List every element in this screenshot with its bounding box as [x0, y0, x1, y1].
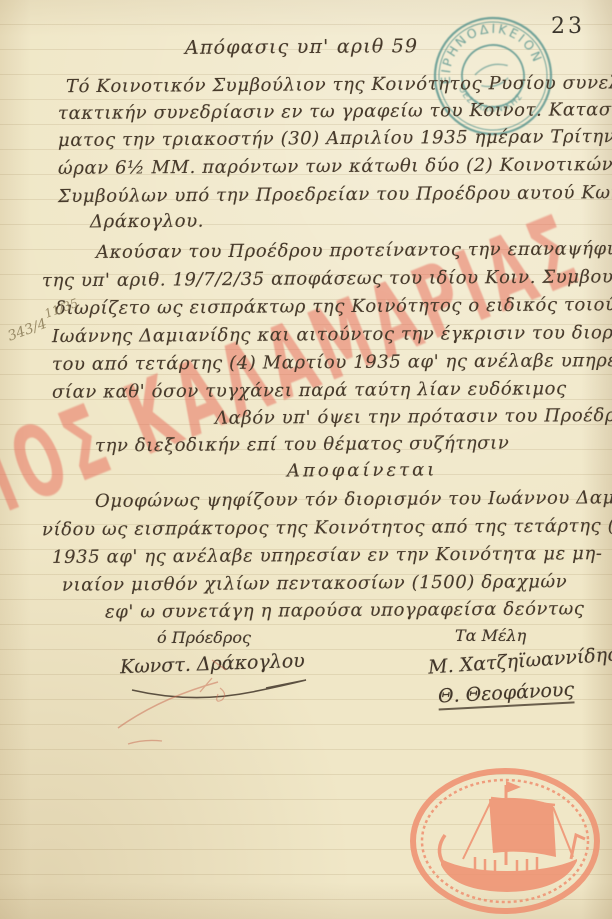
manuscript-line: ματος την τριακοστήν (30) Απριλίου 1935 …: [58, 126, 612, 151]
manuscript-line: Ομοφώνως ψηφίζουν τόν διορισμόν του Ιωάν…: [95, 487, 612, 512]
red-pencil-scribble: [100, 640, 270, 760]
manuscript-line: Λαβόν υπ' όψει την πρότασιν του Προέδρου…: [215, 404, 612, 429]
manuscript-line: διωρίζετο ως εισπράκτωρ της Κοινότητος ο…: [55, 294, 612, 319]
manuscript-line: Ακούσαν του Προέδρου προτείναντος την επ…: [96, 238, 612, 263]
manuscript-line: Δράκογλου.: [90, 211, 204, 233]
members-title: Τα Μέλη: [455, 626, 526, 645]
manuscript-line: την διεξοδικήν επί του θέματος συζήτησιν: [95, 433, 509, 457]
manuscript-line: της υπ' αριθ. 19/7/2/35 αποφάσεως του ιδ…: [42, 266, 612, 292]
manuscript-line: σίαν καθ' όσον τυγχάνει παρά ταύτη λίαν …: [52, 378, 567, 403]
manuscript-line: νιαίον μισθόν χιλίων πεντακοσίων (1500) …: [62, 571, 567, 596]
decision-heading: Απόφασις υπ' αριθ 59: [185, 35, 418, 59]
margin-note-main: 343/4: [6, 316, 49, 345]
ship-oval-stamp: [405, 765, 605, 917]
member-signature-2: Θ. Θεοφάνους: [437, 678, 574, 710]
manuscript-line: Ιωάννης Δαμιανίδης και αιτούντος την έγκ…: [52, 322, 612, 347]
manuscript-page: ΔΗΜΟΣ ΚΑΛΑΜΑΡΙΑΣ 23 ΕΙΡΗΝΟΔΙΚΕΙΟΝ ΘΕΣΣΑΛ…: [0, 0, 612, 919]
manuscript-line: Τό Κοινοτικόν Συμβούλιον της Κοινότητος …: [66, 72, 612, 97]
member-signature-1: Μ. Χατζηϊωαννίδης: [427, 643, 612, 678]
manuscript-line: Συμβούλων υπό την Προεδρείαν του Προέδρο…: [58, 182, 612, 207]
manuscript-line: 1935 αφ' ης ανέλαβε υπηρεσίαν εν την Κοι…: [52, 543, 603, 568]
manuscript-line: τακτικήν συνεδρίασιν εν τω γραφείω του Κ…: [58, 99, 612, 124]
verdict-word: Αποφαίνεται: [287, 459, 437, 481]
margin-note-upper: 11/35: [43, 296, 80, 321]
manuscript-line: ώραν 6½ ΜΜ. παρόντων των κάτωθι δύο (2) …: [58, 154, 612, 179]
manuscript-line: νίδου ως εισπράκτορος της Κοινότητος από…: [42, 515, 612, 541]
manuscript-line: εφ' ω συνετάγη η παρούσα υπογραφείσα δεό…: [105, 598, 585, 622]
manuscript-line: του από τετάρτης (4) Μαρτίου 1935 αφ' ης…: [52, 350, 612, 375]
